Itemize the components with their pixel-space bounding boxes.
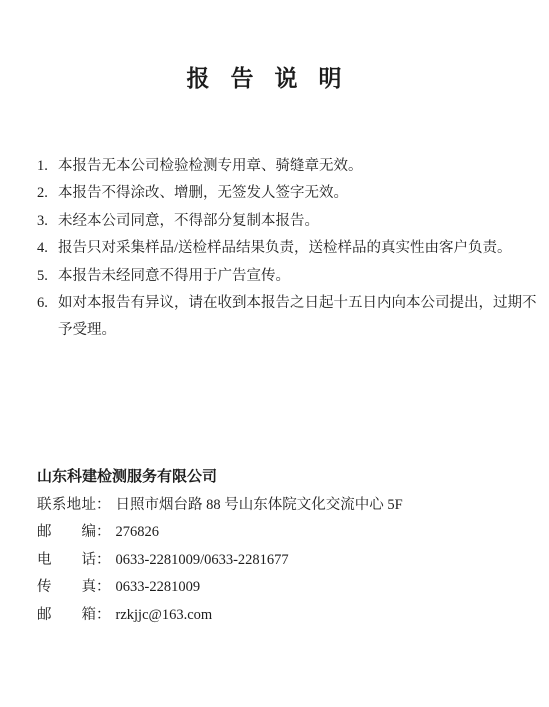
note-number: 3. — [37, 208, 58, 235]
note-text: 报告只对采集样品/送检样品结果负责，送检样品的真实性由客户负责。 — [58, 235, 544, 262]
contact-value: 276826 — [111, 519, 160, 547]
note-text: 本报告无本公司检验检测专用章、骑缝章无效。 — [58, 153, 544, 180]
report-instructions-page: 报告说明 1. 本报告无本公司检验检测专用章、骑缝章无效。 2. 本报告不得涂改… — [0, 0, 549, 707]
note-item-4: 4. 报告只对采集样品/送检样品结果负责，送检样品的真实性由客户负责。 — [37, 235, 544, 262]
contact-colon: ： — [96, 602, 111, 630]
contact-value: 0633-2281009 — [111, 574, 201, 602]
contact-value: 日照市烟台路 88 号山东体院文化交流中心 5F — [111, 492, 403, 520]
note-number: 6. — [37, 290, 58, 317]
contact-colon: ： — [96, 492, 111, 520]
contact-row-postcode: 邮编：276826 — [37, 519, 537, 547]
page-title: 报告说明 — [0, 64, 549, 94]
contact-value: rzkjjc@163.com — [111, 602, 213, 630]
note-item-2: 2. 本报告不得涂改、增删，无签发人签字无效。 — [37, 180, 544, 207]
note-item-1: 1. 本报告无本公司检验检测专用章、骑缝章无效。 — [37, 153, 544, 180]
note-number: 1. — [37, 153, 58, 180]
note-text: 本报告不得涂改、增删，无签发人签字无效。 — [58, 180, 544, 207]
note-number: 4. — [37, 235, 58, 262]
note-text: 如对本报告有异议，请在收到本报告之日起十五日内向本公司提出，过期不予受理。 — [58, 290, 544, 345]
contact-label: 邮编 — [37, 519, 96, 547]
note-number: 5. — [37, 263, 58, 290]
contact-row-email: 邮箱：rzkjjc@163.com — [37, 602, 537, 630]
note-number: 2. — [37, 180, 58, 207]
contact-label: 邮箱 — [37, 602, 96, 630]
contact-label: 电话 — [37, 547, 96, 575]
contact-label: 传真 — [37, 574, 96, 602]
contact-colon: ： — [96, 574, 111, 602]
contact-colon: ： — [96, 519, 111, 547]
contact-row-phone: 电话：0633-2281009/0633-2281677 — [37, 547, 537, 575]
contact-footer: 山东科建检测服务有限公司 联系地址：日照市烟台路 88 号山东体院文化交流中心 … — [37, 464, 537, 629]
contact-label: 联系地址 — [37, 492, 96, 520]
note-item-3: 3. 未经本公司同意，不得部分复制本报告。 — [37, 208, 544, 235]
contact-row-fax: 传真：0633-2281009 — [37, 574, 537, 602]
note-item-6: 6. 如对本报告有异议，请在收到本报告之日起十五日内向本公司提出，过期不予受理。 — [37, 290, 544, 345]
contact-colon: ： — [96, 547, 111, 575]
note-text: 未经本公司同意，不得部分复制本报告。 — [58, 208, 544, 235]
contact-value: 0633-2281009/0633-2281677 — [111, 547, 289, 575]
contact-row-address: 联系地址：日照市烟台路 88 号山东体院文化交流中心 5F — [37, 492, 537, 520]
note-text: 本报告未经同意不得用于广告宣传。 — [58, 263, 544, 290]
note-item-5: 5. 本报告未经同意不得用于广告宣传。 — [37, 263, 544, 290]
company-name: 山东科建检测服务有限公司 — [37, 464, 537, 492]
notes-list: 1. 本报告无本公司检验检测专用章、骑缝章无效。 2. 本报告不得涂改、增删，无… — [37, 153, 544, 345]
